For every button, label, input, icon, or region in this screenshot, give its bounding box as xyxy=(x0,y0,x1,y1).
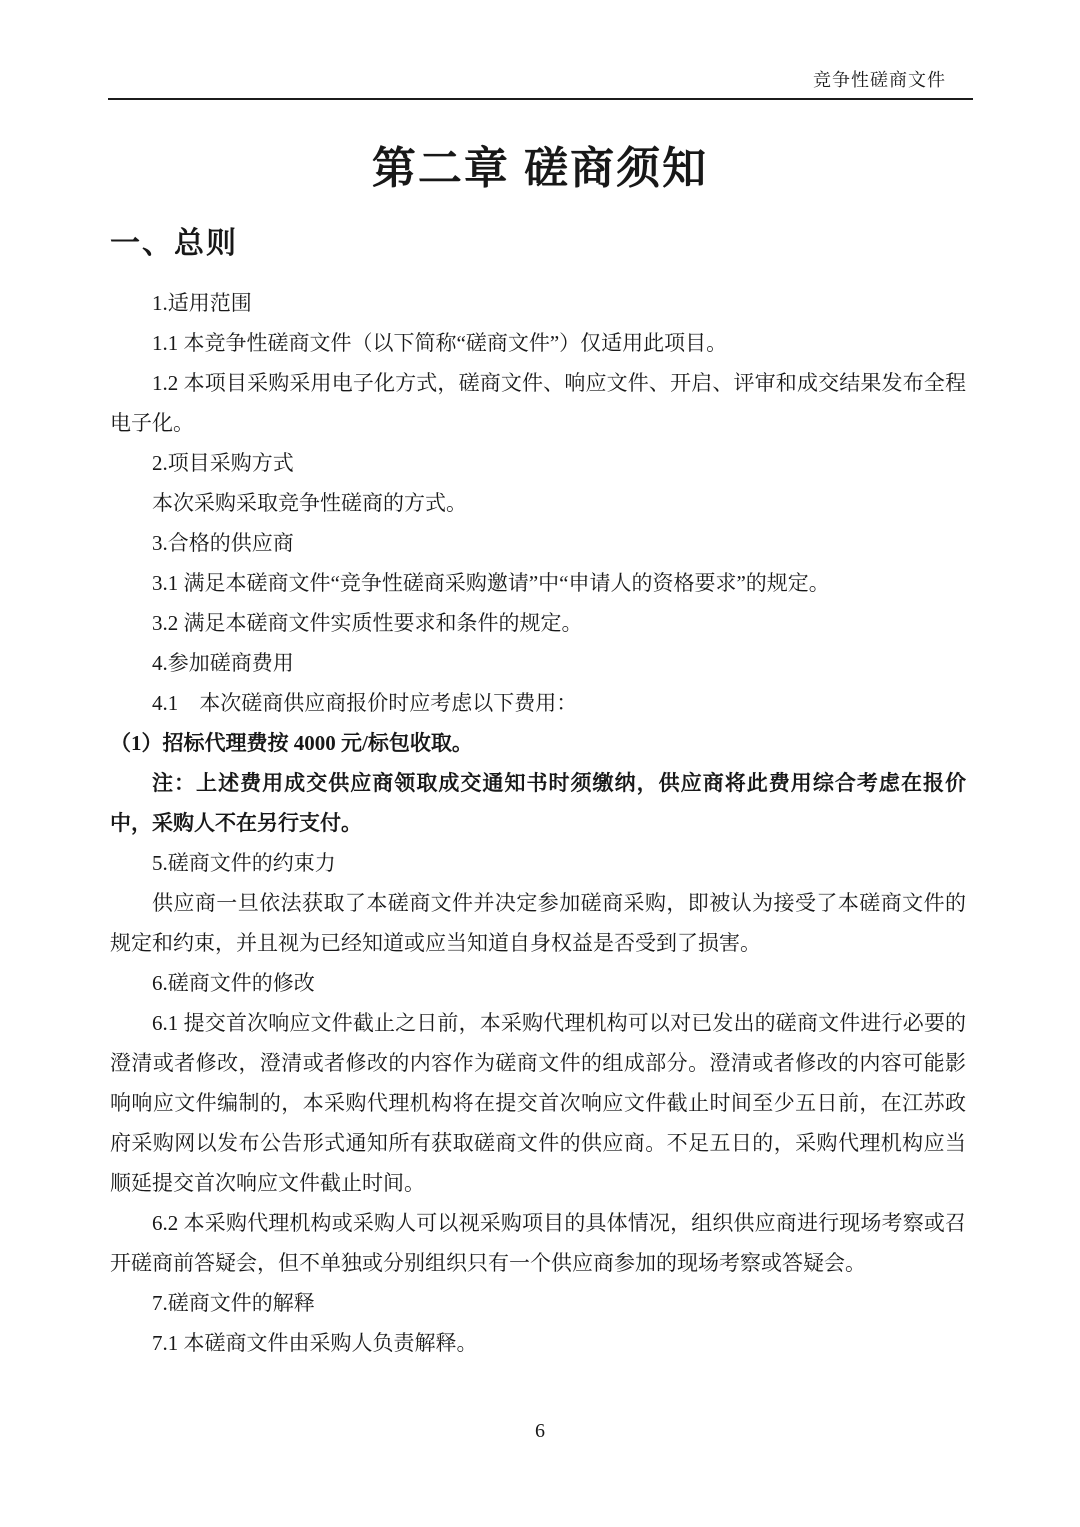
page-number: 6 xyxy=(0,1420,1080,1443)
paragraph: 1.1 本竞争性磋商文件（以下简称“磋商文件”）仅适用此项目。 xyxy=(110,323,966,363)
paragraph: 注：上述费用成交供应商领取成交通知书时须缴纳，供应商将此费用综合考虑在报价中，采… xyxy=(110,763,966,843)
paragraph: 3.1 满足本磋商文件“竞争性磋商采购邀请”中“申请人的资格要求”的规定。 xyxy=(110,563,966,603)
document-page: 竞争性磋商文件 第二章 磋商须知 一、总则 1.适用范围1.1 本竞争性磋商文件… xyxy=(0,0,1080,1527)
paragraph: 3.合格的供应商 xyxy=(110,523,966,563)
document-body: 1.适用范围1.1 本竞争性磋商文件（以下简称“磋商文件”）仅适用此项目。1.2… xyxy=(110,283,966,1363)
header-label: 竞争性磋商文件 xyxy=(813,70,973,90)
paragraph: 3.2 满足本磋商文件实质性要求和条件的规定。 xyxy=(110,603,966,643)
paragraph: 4.参加磋商费用 xyxy=(110,643,966,683)
paragraph: 4.1 本次磋商供应商报价时应考虑以下费用： xyxy=(110,683,966,723)
paragraph: 7.1 本磋商文件由采购人负责解释。 xyxy=(110,1323,966,1363)
paragraph: （1）招标代理费按 4000 元/标包收取。 xyxy=(110,723,966,763)
page-header: 竞争性磋商文件 xyxy=(108,66,973,100)
paragraph: 1.适用范围 xyxy=(110,283,966,323)
chapter-title: 第二章 磋商须知 xyxy=(0,143,1080,195)
paragraph: 7.磋商文件的解释 xyxy=(110,1283,966,1323)
paragraph: 5.磋商文件的约束力 xyxy=(110,843,966,883)
paragraph: 6.磋商文件的修改 xyxy=(110,963,966,1003)
paragraph: 本次采购采取竞争性磋商的方式。 xyxy=(110,483,966,523)
paragraph: 1.2 本项目采购采用电子化方式，磋商文件、响应文件、开启、评审和成交结果发布全… xyxy=(110,363,966,443)
section-heading: 一、总则 xyxy=(110,226,238,262)
paragraph: 6.1 提交首次响应文件截止之日前，本采购代理机构可以对已发出的磋商文件进行必要… xyxy=(110,1003,966,1203)
paragraph: 6.2 本采购代理机构或采购人可以视采购项目的具体情况，组织供应商进行现场考察或… xyxy=(110,1203,966,1283)
paragraph: 供应商一旦依法获取了本磋商文件并决定参加磋商采购，即被认为接受了本磋商文件的规定… xyxy=(110,883,966,963)
paragraph: 2.项目采购方式 xyxy=(110,443,966,483)
